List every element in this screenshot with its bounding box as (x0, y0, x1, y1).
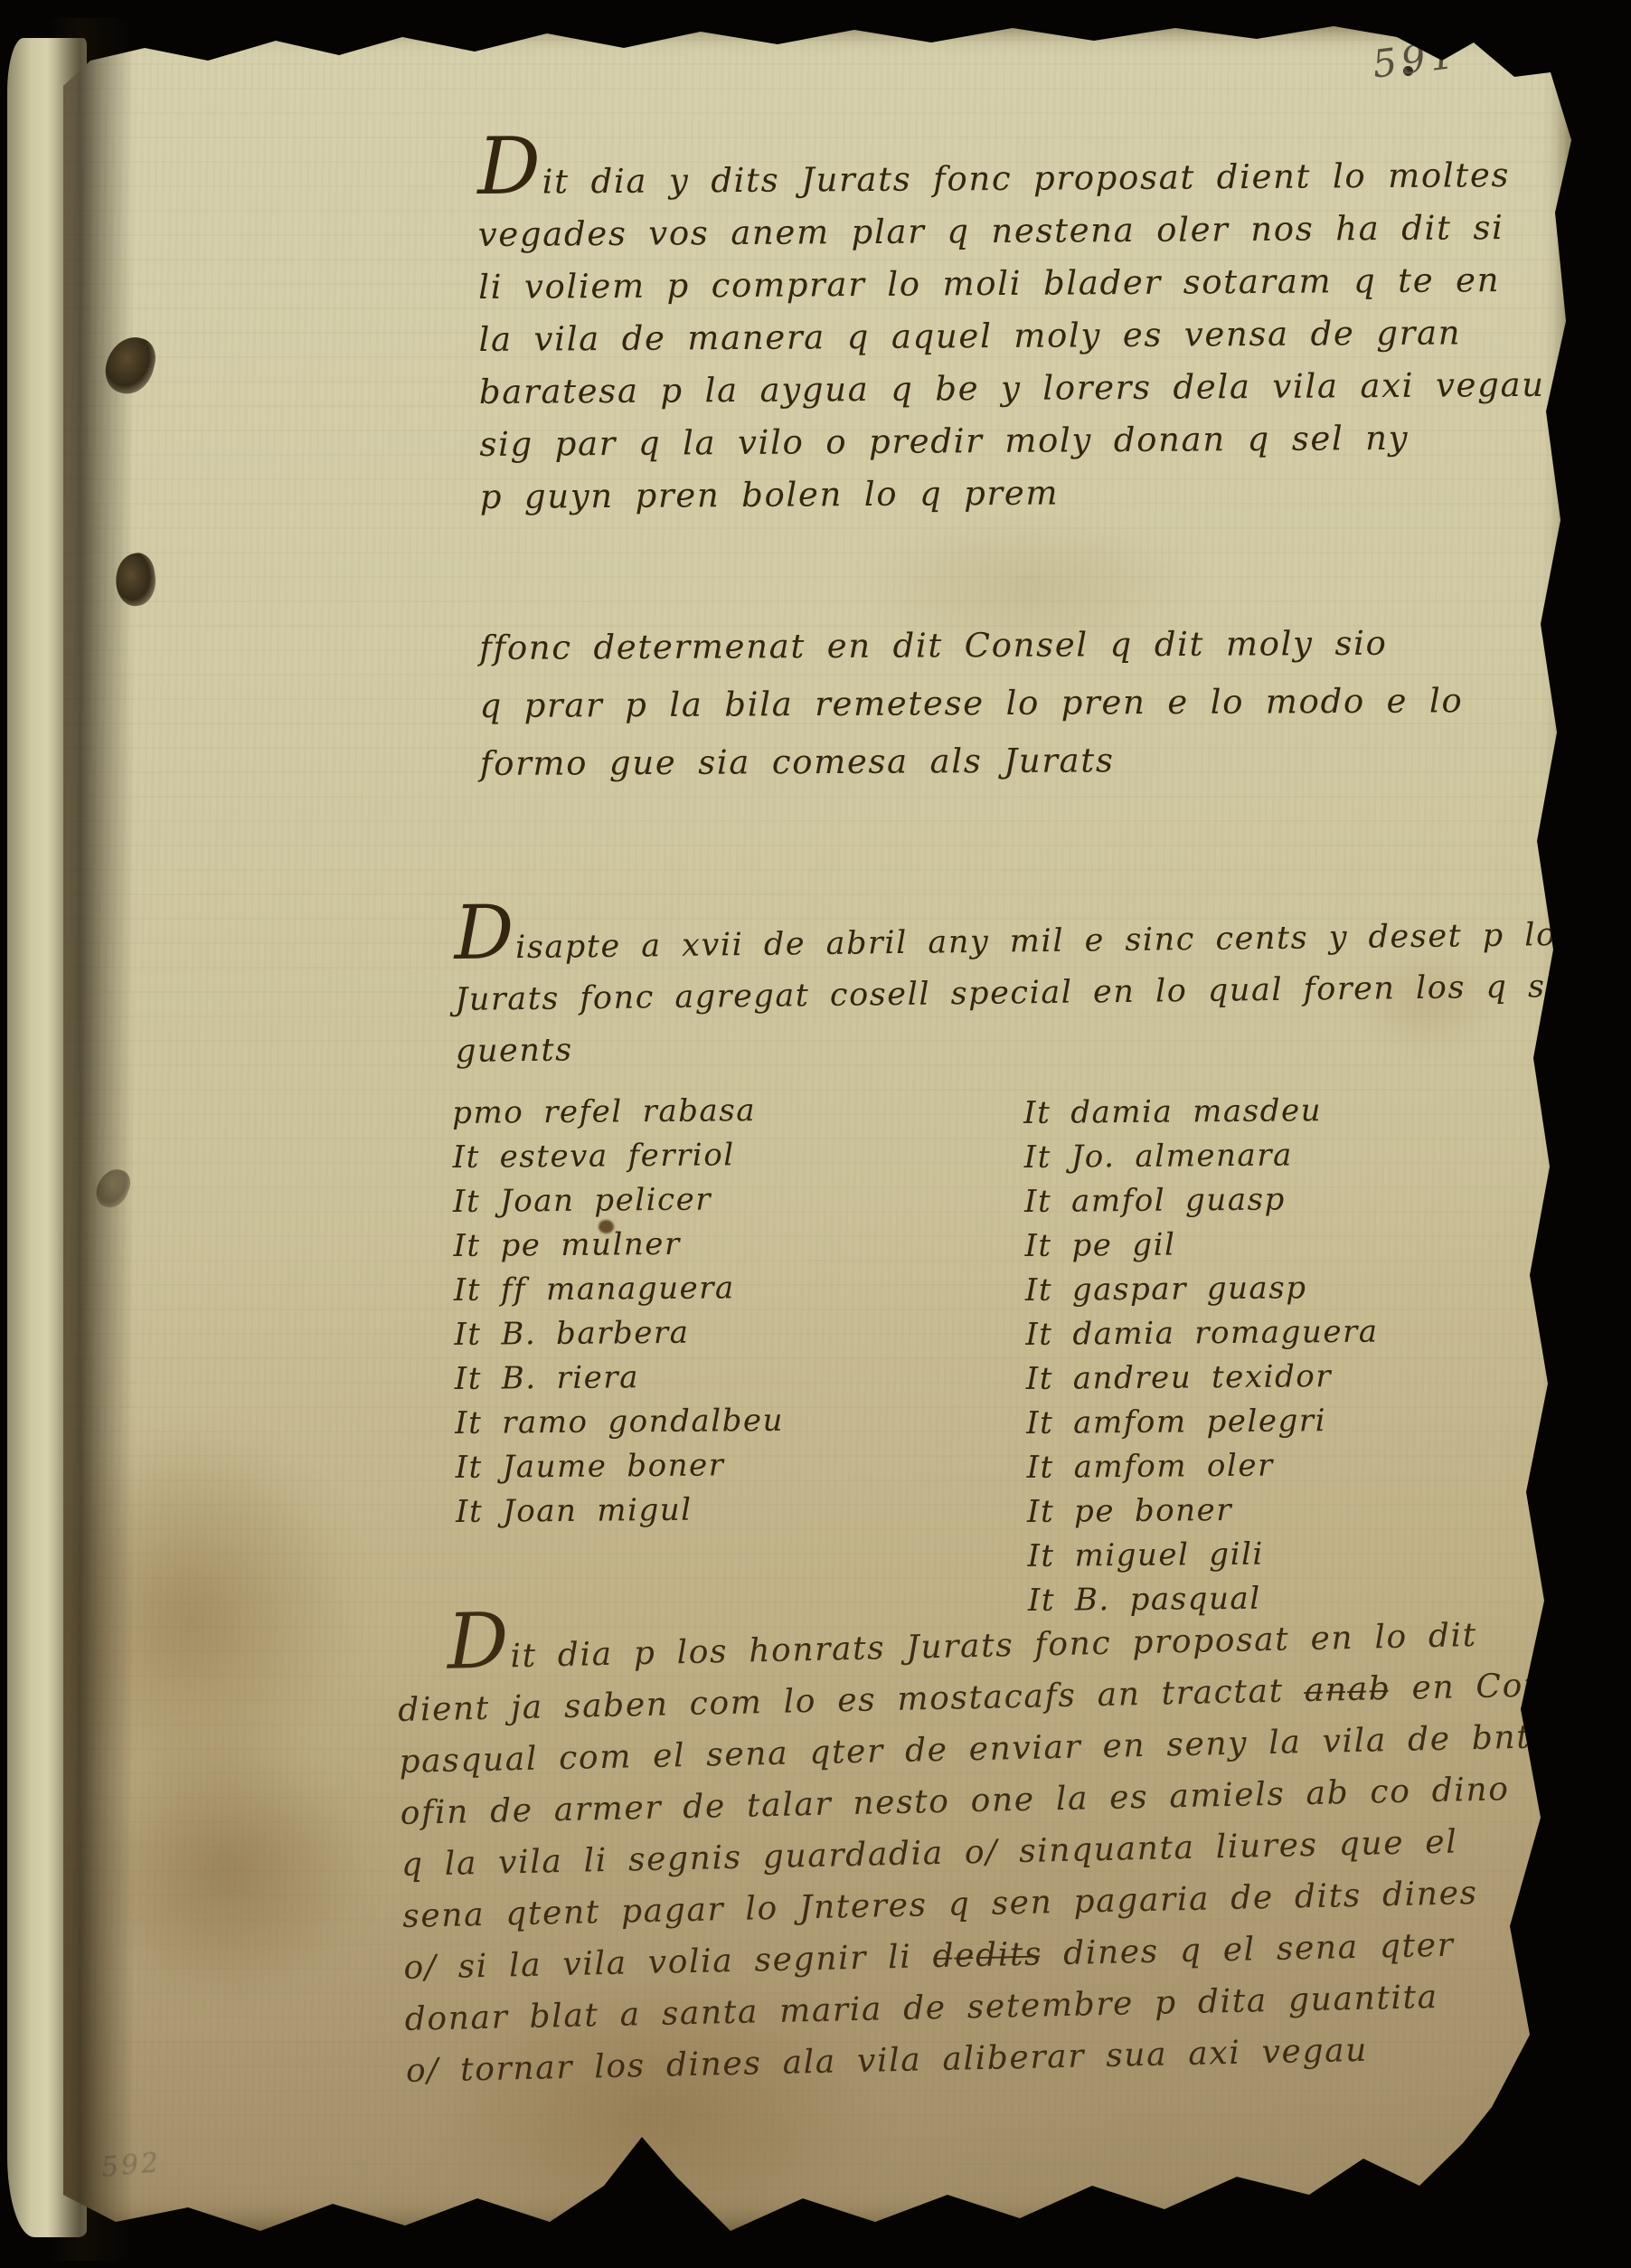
faint-folio-number: 592 (100, 2147, 163, 2184)
attendee-list-right-column: It damia masdeuIt Jo. almenaraIt amfol g… (1023, 1089, 1381, 1623)
attendee-name: It Jaume boner (455, 1443, 784, 1490)
manuscript-line: li voliem p comprar lo moli blader sotar… (478, 254, 1544, 314)
manuscript-line: Dit dia y dits Jurats fonc proposat dien… (477, 131, 1543, 209)
manuscript-line: p guyn pren bolen lo q prem (480, 464, 1546, 524)
attendee-name: It B. barbera (454, 1310, 783, 1357)
attendee-name: It pe mulner (453, 1222, 782, 1269)
manuscript-line: sig par q la vilo o predir moly donan q … (479, 411, 1545, 471)
manuscript-line: ffonc determenat en dit Consel q dit mol… (479, 614, 1463, 677)
attendee-name: It pe gil (1024, 1222, 1378, 1269)
attendee-name: It ramo gondalbeu (455, 1399, 784, 1446)
attendee-name: It amfol guasp (1024, 1177, 1378, 1224)
entry-paragraph-mill-proposal: Dit dia y dits Jurats fonc proposat dien… (477, 131, 1546, 524)
attendee-name: It andreu texidor (1026, 1355, 1380, 1402)
manuscript-line: baratesa p la aygua q be y lorers dela v… (479, 359, 1545, 419)
attendee-name: It amfom oler (1026, 1443, 1380, 1490)
attendee-name: It damia romaguera (1025, 1310, 1379, 1357)
attendee-name: It damia masdeu (1023, 1089, 1377, 1136)
stain-bottom-left (18, 1424, 362, 1813)
attendee-name: It B. riera (455, 1355, 784, 1402)
entry-paragraph-loan-proposal: Dit dia p los honrats Jurats fonc propos… (396, 1590, 1605, 2097)
attendee-name: It miguel gili (1027, 1532, 1381, 1579)
attendee-name: It Joan migul (456, 1488, 785, 1535)
attendee-name: It pe boner (1027, 1488, 1381, 1535)
stain-bottom-left-2 (81, 1732, 371, 2003)
attendee-name: It esteva ferriol (452, 1133, 781, 1180)
manuscript-line: vegades vos anem plar q nestena oler nos… (478, 202, 1544, 261)
manuscript-line: formo gue sia comesa als Jurats (480, 730, 1464, 793)
manuscript-page: 591 Dit dia y dits Jurats fonc proposat … (63, 23, 1573, 2238)
entry-paragraph-resolution: ffonc determenat en dit Consel q dit mol… (479, 614, 1464, 793)
photograph-background: 591 Dit dia y dits Jurats fonc proposat … (0, 0, 1631, 2268)
attendee-name: It amfom pelegri (1026, 1399, 1380, 1446)
attendee-list-left-column: pmo refel rabasaIt esteva ferriolIt Joan… (452, 1089, 785, 1535)
attendee-name: pmo refel rabasa (452, 1089, 781, 1136)
manuscript-line: la vila de manera q aquel moly es vensa … (478, 307, 1544, 366)
attendee-name: It Joan pelicer (453, 1177, 782, 1224)
attendee-name: It Jo. almenara (1023, 1133, 1377, 1180)
manuscript-line: q prar p la bila remetese lo pren e lo m… (479, 672, 1463, 735)
session-date-heading: Disapte a xvii de abril any mil e sinc c… (454, 892, 1631, 1078)
folio-number: 591 (1370, 32, 1460, 86)
attendee-name: It ff managuera (454, 1266, 783, 1313)
attendee-name: It gaspar guasp (1025, 1266, 1379, 1313)
